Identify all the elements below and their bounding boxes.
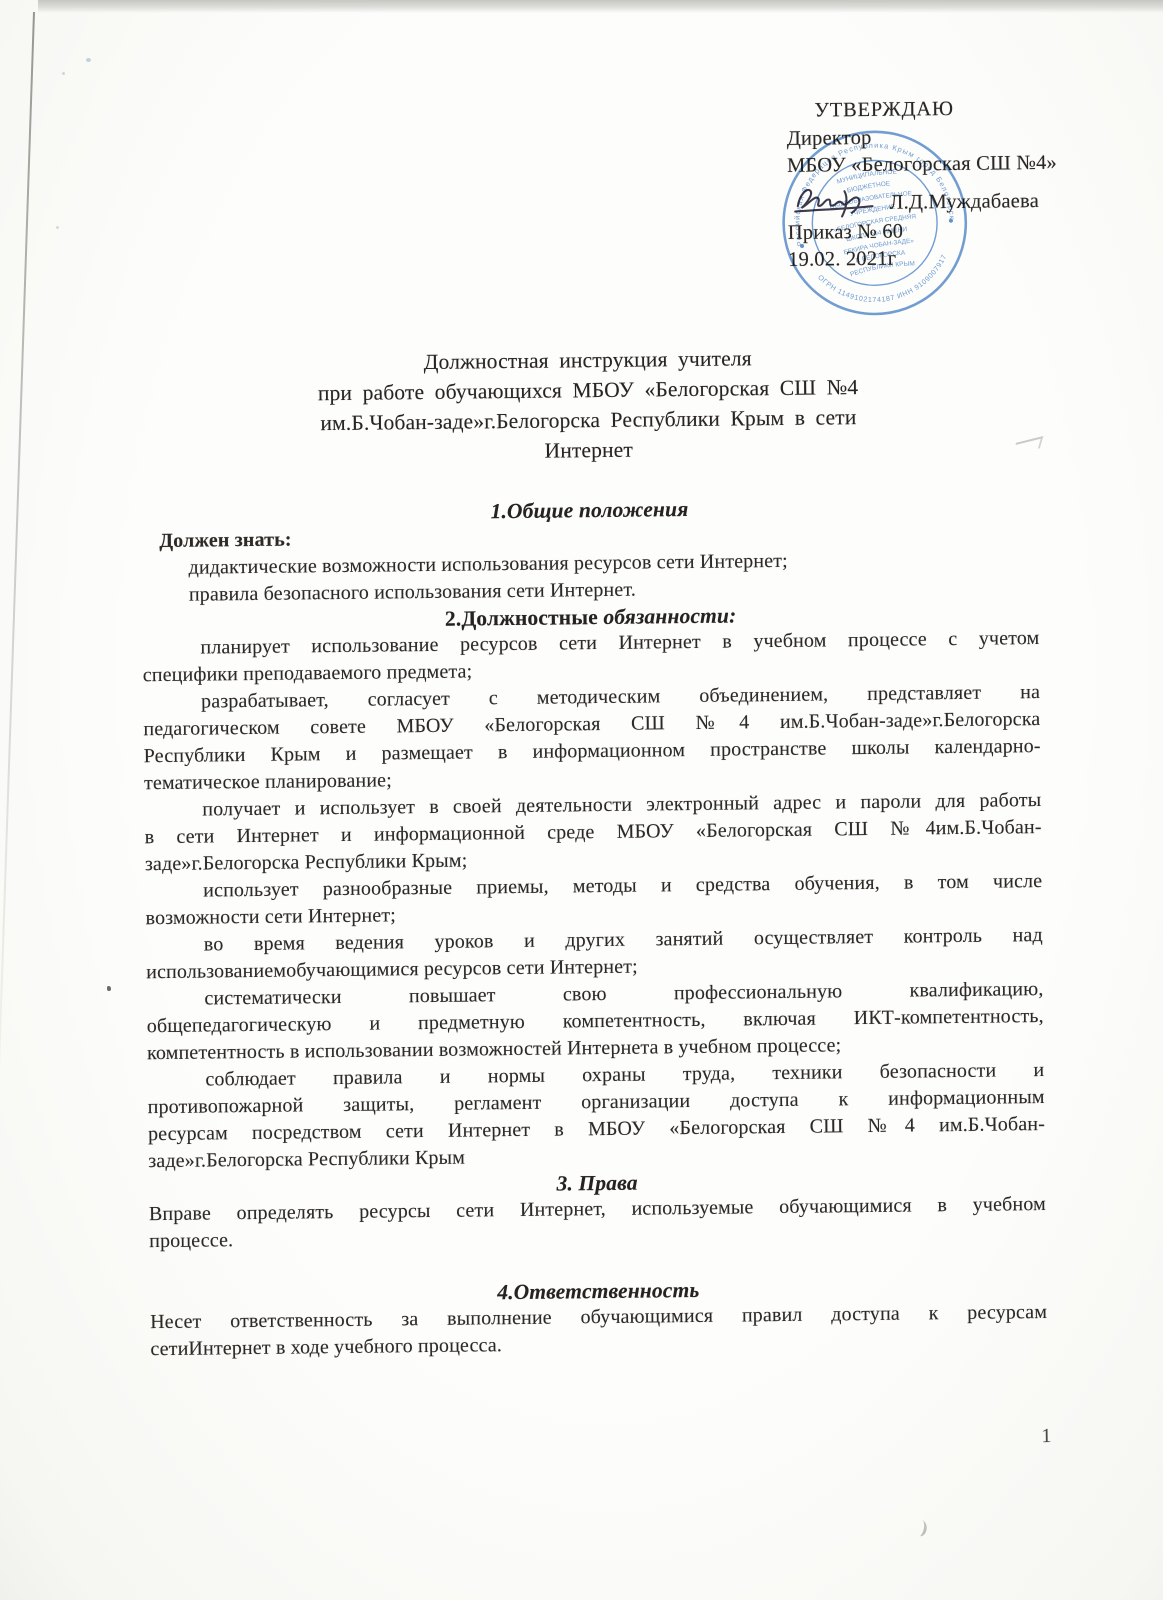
official-round-stamp: Российская Федерация Республика Крым гор…: [761, 109, 989, 337]
section-2-heading-number: 2.Должностные: [445, 605, 598, 631]
stamp-inner-line: УЧРЕЖДЕНИЕ: [849, 203, 897, 218]
document-body: Должностная инструкция учителя при работ…: [139, 340, 1047, 1363]
svg-text:УЧРЕЖДЕНИЕ: УЧРЕЖДЕНИЕ: [849, 203, 897, 218]
paragraph: соблюдает правила и нормы охраны труда, …: [147, 1057, 1045, 1175]
paragraph: систематически повышает свою профессиона…: [146, 976, 1044, 1067]
section-2-heading-italic: обязанности:: [603, 603, 736, 629]
paragraph: Несет ответственность за выполнение обуч…: [150, 1299, 1048, 1363]
stamp-inner-line: БЮДЖЕТНОЕ: [846, 179, 891, 194]
page-number: 1: [1041, 1425, 1051, 1448]
paragraph: разрабатывает, согласует с методическим …: [143, 679, 1041, 797]
svg-text:БЮДЖЕТНОЕ: БЮДЖЕТНОЕ: [846, 179, 891, 194]
scanned-document-page: УТВЕРЖДАЮ Директор МБОУ «Белогорская СШ …: [0, 0, 1163, 1600]
document-content: УТВЕРЖДАЮ Директор МБОУ «Белогорская СШ …: [0, 0, 1163, 1600]
paragraph: получает и использует в своей деятельнос…: [144, 787, 1042, 878]
document-title: Должностная инструкция учителя при работ…: [139, 340, 1037, 470]
paragraph: Вправе определять ресурсы сети Интернет,…: [149, 1191, 1047, 1255]
